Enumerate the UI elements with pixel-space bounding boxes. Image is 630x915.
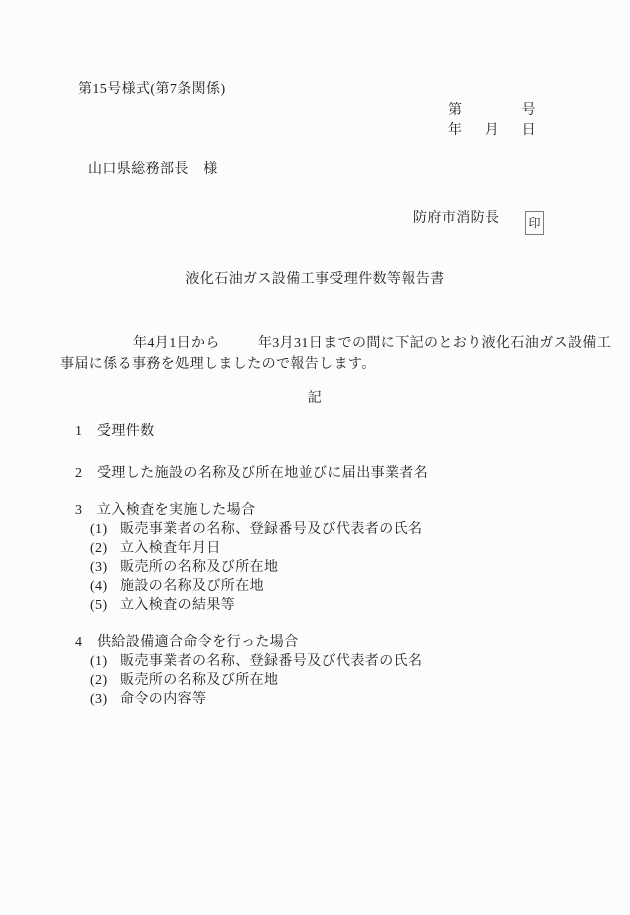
body-line-1-part-2: 年3月31日までの間に下記のとおり液化石油ガス設備工 [258,336,611,351]
sub-item-number: (4) [90,577,120,596]
sub-item-number: (1) [90,520,120,539]
form-number: 第15号様式(第7条関係) [78,80,226,99]
list-item-number: 4 [75,633,97,652]
list-item-2: 2 受理した施設の名称及び所在地並びに届出事業者名 [0,464,630,483]
date-day-label: 日 [522,121,536,140]
sub-item-label: 販売事業者の名称、登録番号及び代表者の氏名 [120,652,422,671]
list-item-number: 1 [75,422,97,441]
sub-item-number: (3) [90,690,120,709]
list-item-label: 供給設備適合命令を行った場合 [97,633,299,652]
sub-item-label: 立入検査年月日 [120,539,221,558]
sub-item-3-2: (2) 立入検査年月日 [0,539,630,558]
doc-number-suffix: 号 [522,101,536,120]
list-item-number: 3 [75,501,97,520]
sub-item-4-2: (2) 販売所の名称及び所在地 [0,671,630,690]
addressee: 山口県総務部長 様 [88,160,218,179]
sub-item-label: 施設の名称及び所在地 [120,577,264,596]
date-year-label: 年 [448,121,462,140]
seal-box: 印 [525,211,544,235]
item-list: 1 受理件数 2 受理した施設の名称及び所在地並びに届出事業者名 3 立入検査を… [0,422,630,709]
list-item-4: 4 供給設備適合命令を行った場合 [0,633,630,652]
sub-item-label: 販売所の名称及び所在地 [120,671,278,690]
sub-item-3-4: (4) 施設の名称及び所在地 [0,577,630,596]
sub-item-4-1: (1) 販売事業者の名称、登録番号及び代表者の氏名 [0,652,630,671]
list-item-label: 受理件数 [97,422,155,441]
body-line-2: 事届に係る事務を処理しましたので報告します。 [60,355,580,374]
sub-item-number: (5) [90,596,120,615]
list-item-number: 2 [75,464,97,483]
sub-item-label: 販売所の名称及び所在地 [120,558,278,577]
body-line-1-part-1: 年4月1日から [133,336,220,351]
body-line-1: 年4月1日から年3月31日までの間に下記のとおり液化石油ガス設備工 [60,334,580,353]
sub-item-label: 立入検査の結果等 [120,596,235,615]
sub-item-3-5: (5) 立入検査の結果等 [0,596,630,615]
list-item-label: 受理した施設の名称及び所在地並びに届出事業者名 [97,464,428,483]
document-page: 第15号様式(第7条関係) 第 号 年 月 日 山口県総務部長 様 防府市消防長… [0,0,630,915]
sub-item-number: (2) [90,539,120,558]
sub-item-number: (2) [90,671,120,690]
sub-item-3-1: (1) 販売事業者の名称、登録番号及び代表者の氏名 [0,520,630,539]
sub-item-number: (3) [90,558,120,577]
sub-item-label: 命令の内容等 [120,690,206,709]
list-item-3: 3 立入検査を実施した場合 [0,501,630,520]
sub-item-number: (1) [90,652,120,671]
record-heading: 記 [0,389,630,408]
seal-mark: 印 [528,217,540,229]
sub-item-4-3: (3) 命令の内容等 [0,690,630,709]
list-item-1: 1 受理件数 [0,422,630,441]
doc-number-prefix: 第 [448,101,462,120]
list-item-label: 立入検査を実施した場合 [97,501,255,520]
sender-title: 防府市消防長 [413,209,499,228]
document-number-line: 第 号 [448,101,536,120]
sub-item-3-3: (3) 販売所の名称及び所在地 [0,558,630,577]
date-month-label: 月 [485,121,499,140]
sub-item-label: 販売事業者の名称、登録番号及び代表者の氏名 [120,520,422,539]
document-title: 液化石油ガス設備工事受理件数等報告書 [0,270,630,289]
date-line: 年 月 日 [448,121,536,140]
